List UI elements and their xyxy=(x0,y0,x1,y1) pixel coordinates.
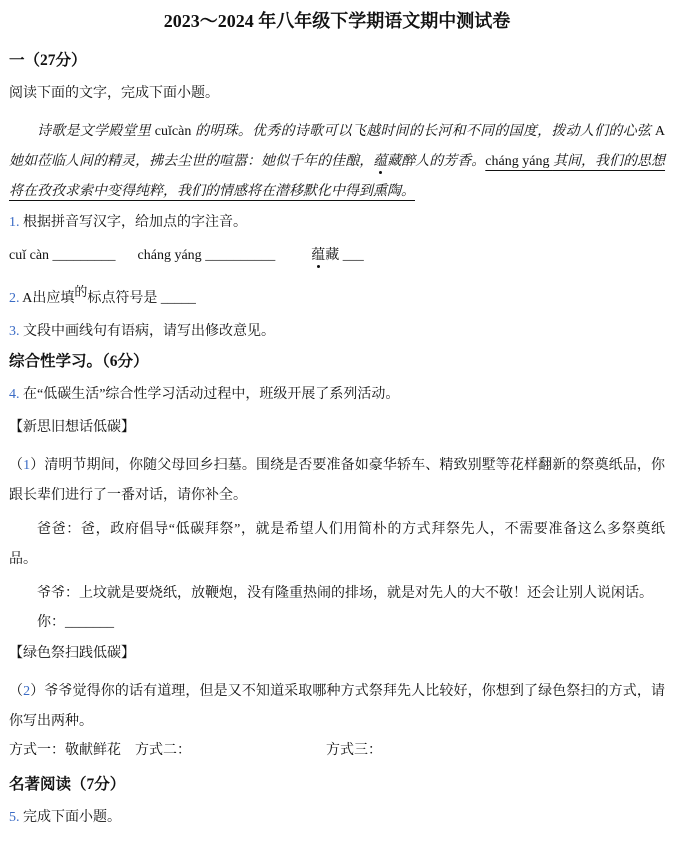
method-3-label: 方式三： xyxy=(326,743,382,758)
question-2-blank: _____ xyxy=(161,291,196,306)
q1-item3-dotted-char: 蕴 xyxy=(311,248,325,263)
dialogue-grandpa: 爷爷：上坟就是要烧纸，放鞭炮，没有隆重热闹的排场，就是对先人的大不敬！还会让别人… xyxy=(9,579,665,609)
question-1-answer-row: cuǐ càn _________cháng yáng __________蕴藏… xyxy=(9,246,665,266)
sub1-paren-close: ） xyxy=(30,458,44,473)
activity-tag-2: 【绿色祭扫践低碳】 xyxy=(9,644,665,664)
passage-dotted-char: 蕴 xyxy=(373,154,387,169)
question-1: 1. 根据拼音写汉字，给加点的字注音。 xyxy=(9,213,665,233)
question-4-text: 在“低碳生活”综合性学习活动过程中，班级开展了系列活动。 xyxy=(23,387,399,402)
reading-passage: 诗歌是文学殿堂里 cuǐcàn 的明珠。优秀的诗歌可以飞越时间的长河和不同的国度… xyxy=(9,117,665,207)
question-4: 4. 在“低碳生活”综合性学习活动过程中，班级开展了系列活动。 xyxy=(9,385,665,405)
passage-seg1: 诗歌是文学殿堂里 xyxy=(37,124,155,139)
question-2: 2. A出应填的标点符号是 _____ xyxy=(9,288,665,309)
passage-seg2: 的明珠。优秀的诗歌可以飞越时间的长河和不同的国度，拨动人们的心弦 xyxy=(191,124,655,139)
passage-pinyin-cuican: cuǐcàn xyxy=(155,124,192,139)
question-1-text: 根据拼音写汉字，给加点的字注音。 xyxy=(23,215,247,230)
exam-paper: 2023～2024 年八年级下学期语文期中测试卷 一（27分） 阅读下面的文字，… xyxy=(0,0,674,851)
methods-row: 方式一：敬献鲜花方式二：方式三： xyxy=(9,741,665,761)
q1-item3-blank: ___ xyxy=(343,248,364,263)
sub1-text: 清明节期间，你随父母回乡扫墓。围绕是否要准备如豪华轿车、精致别墅等花样翻新的祭奠… xyxy=(9,458,665,503)
question-5: 5. 完成下面小题。 xyxy=(9,808,665,828)
page-title: 2023～2024 年八年级下学期语文期中测试卷 xyxy=(9,8,665,34)
sub2-paren-open: （ xyxy=(9,684,23,699)
question-4-sub1: （1）清明节期间，你随父母回乡扫墓。围绕是否要准备如豪华轿车、精致别墅等花样翻新… xyxy=(9,451,665,511)
section-one-heading: 一（27分） xyxy=(9,50,665,72)
question-3: 3. 文段中画线句有语病，请写出修改意见。 xyxy=(9,322,665,342)
dialogue-dad: 爸爸：爸，政府倡导“低碳拜祭”，就是希望人们用简朴的方式拜祭先人，不需要准备这么… xyxy=(9,515,665,575)
section-three-heading: 名著阅读（7分） xyxy=(9,774,665,796)
question-2-text-before: A出应填 xyxy=(22,291,74,306)
question-3-number: 3. xyxy=(9,324,20,339)
question-5-text: 完成下面小题。 xyxy=(23,810,121,825)
question-4-sub2: （2）爷爷觉得你的话有道理，但是又不知道采取哪种方式祭拜先人比较好，你想到了绿色… xyxy=(9,677,665,737)
you-blank: _______ xyxy=(65,615,114,630)
passage-pinyin-changyang: cháng yáng xyxy=(485,154,553,169)
sub1-paren-open: （ xyxy=(9,458,23,473)
q1-item2-blank: __________ xyxy=(205,248,275,263)
reading-intro: 阅读下面的文字，完成下面小题。 xyxy=(9,84,665,104)
activity-tag-1: 【新思旧想话低碳】 xyxy=(9,418,665,438)
dialogue-you: 你：_______ xyxy=(9,613,665,633)
q1-item1-label: cuǐ càn xyxy=(9,248,49,263)
question-5-number: 5. xyxy=(9,810,20,825)
sub2-paren-close: ） xyxy=(30,684,44,699)
you-label: 你： xyxy=(37,615,65,630)
q1-item3-rest: 藏 xyxy=(325,248,339,263)
question-2-text-after: 标点符号是 xyxy=(87,291,157,306)
question-1-number: 1. xyxy=(9,215,20,230)
passage-marker-a: A xyxy=(655,124,665,139)
q1-item2-label: cháng yáng xyxy=(138,248,202,263)
sub2-text: 爷爷觉得你的话有道理，但是又不知道采取哪种方式祭拜先人比较好，你想到了绿色祭扫的… xyxy=(9,684,665,729)
question-3-text: 文段中画线句有语病，请写出修改意见。 xyxy=(23,324,275,339)
passage-seg4: 藏醉人的芳香。 xyxy=(387,154,485,169)
question-4-number: 4. xyxy=(9,387,20,402)
method-1-label: 方式一： xyxy=(9,743,65,758)
method-2-label: 方式二： xyxy=(135,743,191,758)
question-2-number: 2. xyxy=(9,291,20,306)
passage-seg3: 她如莅临人间的精灵，拂去尘世的喧嚣：她似千年的佳酿， xyxy=(9,154,373,169)
section-two-heading: 综合性学习。（6分） xyxy=(9,351,665,373)
q1-item1-blank: _________ xyxy=(53,248,116,263)
question-2-superscript: 的 xyxy=(74,284,87,299)
method-1-value: 敬献鲜花 xyxy=(65,743,121,758)
